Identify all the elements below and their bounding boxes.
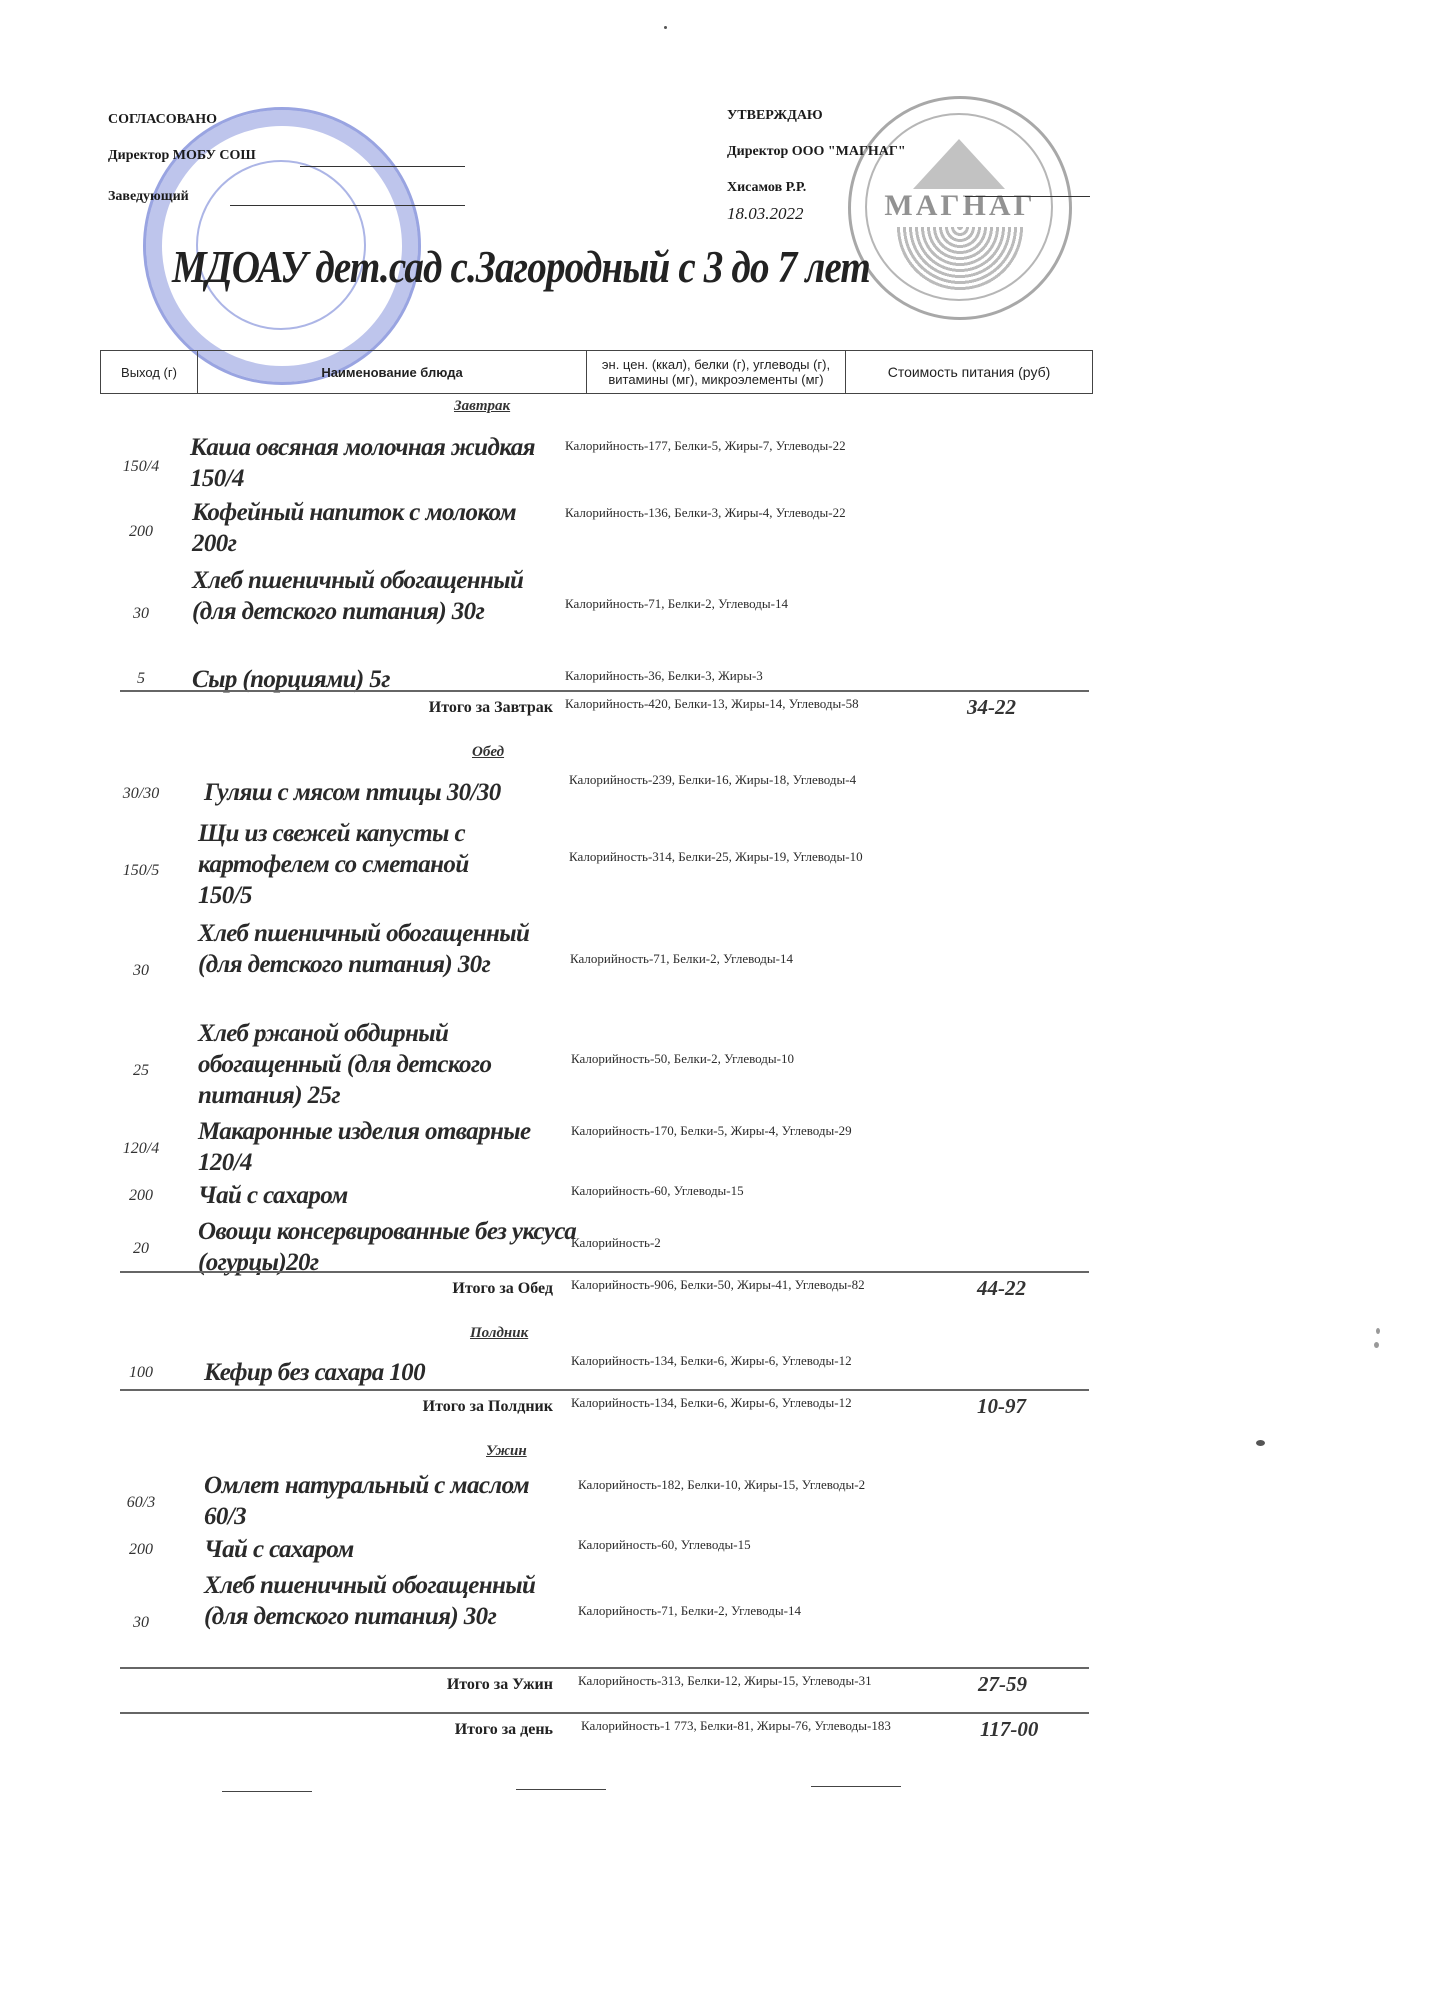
item-dish: Хлеб ржаной обдирный обогащенный (для де… (198, 1018, 568, 1111)
item-yield: 150/4 (100, 458, 182, 476)
agreed-label: СОГЛАСОВАНО (108, 112, 217, 128)
approver-signature-line (965, 196, 1090, 197)
divider (120, 1712, 1089, 1714)
item-dish: Овощи консервированные без уксуса (огурц… (198, 1216, 578, 1278)
item-nutrition: Калорийность-71, Белки-2, Углеводы-14 (565, 595, 895, 613)
stamp-fan-pattern (895, 227, 1025, 292)
menu-table-header: Выход (г) Наименование блюда эн. цен. (к… (100, 350, 1093, 394)
total-nutrition: Калорийность-906, Белки-50, Жиры-41, Угл… (571, 1276, 901, 1293)
item-nutrition: Калорийность-36, Белки-3, Жиры-3 (565, 667, 895, 685)
item-nutrition: Калорийность-2 (571, 1234, 901, 1252)
item-yield: 100 (100, 1364, 182, 1382)
col-dish: Наименование блюда (198, 351, 587, 394)
divider (120, 1271, 1089, 1273)
item-yield: 30 (100, 605, 182, 623)
total-nutrition: Калорийность-313, Белки-12, Жиры-15, Угл… (578, 1672, 908, 1689)
page-title: МДОАУ дет.сад с.Загородный с 3 до 7 лет (172, 240, 870, 293)
total-nutrition: Калорийность-134, Белки-6, Жиры-6, Углев… (571, 1394, 901, 1411)
day-total-cost: 117-00 (980, 1717, 1100, 1742)
approve-block: УТВЕРЖДАЮ Директор ООО "МАГНАГ" Хисамов … (727, 108, 1087, 228)
footer-signature-line (811, 1786, 901, 1787)
item-nutrition: Калорийность-314, Белки-25, Жиры-19, Угл… (569, 848, 899, 866)
footer-signature-line (222, 1791, 312, 1792)
item-nutrition: Калорийность-134, Белки-6, Жиры-6, Углев… (571, 1352, 901, 1370)
section-title-breakfast: Завтрак (454, 398, 510, 415)
total-label: Итого за Обед (452, 1280, 553, 1298)
item-nutrition: Калорийность-136, Белки-3, Жиры-4, Углев… (565, 504, 895, 522)
total-label: Итого за Полдник (423, 1398, 553, 1416)
item-yield: 30/30 (100, 785, 182, 803)
section-title-snack: Полдник (470, 1325, 528, 1342)
director-signature-line (300, 166, 465, 167)
total-cost: 10-97 (977, 1394, 1097, 1419)
item-dish: Макаронные изделия отварные 120/4 (198, 1116, 568, 1178)
item-dish: Кефир без сахара 100 (204, 1357, 604, 1388)
head-label: Заведующий (108, 189, 189, 205)
item-yield: 30 (100, 962, 182, 980)
item-nutrition: Калорийность-60, Углеводы-15 (571, 1182, 901, 1200)
total-cost: 27-59 (978, 1672, 1098, 1697)
item-dish: Кофейный напиток с молоком 200г (192, 497, 562, 559)
item-nutrition: Калорийность-170, Белки-5, Жиры-4, Углев… (571, 1122, 901, 1140)
item-nutrition: Калорийность-71, Белки-2, Углеводы-14 (578, 1602, 908, 1620)
item-yield: 120/4 (100, 1140, 182, 1158)
item-dish: Чай с сахаром (204, 1534, 574, 1565)
item-nutrition: Калорийность-71, Белки-2, Углеводы-14 (570, 950, 900, 968)
item-nutrition: Калорийность-60, Углеводы-15 (578, 1536, 908, 1554)
head-signature-line (230, 205, 465, 206)
item-yield: 150/5 (100, 862, 182, 880)
total-cost: 34-22 (967, 695, 1087, 720)
approval-date: 18.03.2022 (727, 204, 804, 224)
approve-label: УТВЕРЖДАЮ (727, 108, 823, 124)
item-dish: Хлеб пшеничный обогащенный (для детского… (192, 565, 562, 627)
section-title-lunch: Обед (472, 744, 504, 761)
item-dish: Каша овсяная молочная жидкая 150/4 (190, 432, 560, 494)
item-yield: 25 (100, 1062, 182, 1080)
divider (120, 1389, 1089, 1391)
item-yield: 5 (100, 670, 182, 688)
day-total-nutrition: Калорийность-1 773, Белки-81, Жиры-76, У… (581, 1717, 911, 1734)
item-nutrition: Калорийность-182, Белки-10, Жиры-15, Угл… (578, 1476, 908, 1494)
item-dish: Чай с сахаром (198, 1180, 568, 1211)
footer-signature-line (516, 1789, 606, 1790)
item-nutrition: Калорийность-50, Белки-2, Углеводы-10 (571, 1050, 901, 1068)
col-nutrition: эн. цен. (ккал), белки (г), углеводы (г)… (587, 351, 846, 394)
scan-speck (1256, 1440, 1265, 1446)
section-title-dinner: Ужин (486, 1443, 527, 1460)
item-yield: 200 (100, 1541, 182, 1559)
director-label: Директор МОБУ СОШ (108, 148, 256, 164)
total-cost: 44-22 (977, 1276, 1097, 1301)
total-label: Итого за Завтрак (429, 699, 553, 717)
total-nutrition: Калорийность-420, Белки-13, Жиры-14, Угл… (565, 695, 895, 712)
scan-speck (664, 26, 667, 29)
col-cost: Стоимость питания (руб) (846, 351, 1093, 394)
col-yield: Выход (г) (101, 351, 198, 394)
item-nutrition: Калорийность-177, Белки-5, Жиры-7, Углев… (565, 437, 895, 455)
item-dish: Щи из свежей капусты с картофелем со сме… (198, 818, 528, 911)
item-yield: 200 (100, 1187, 182, 1205)
divider (120, 690, 1089, 692)
day-total-label: Итого за день (455, 1721, 553, 1739)
divider (120, 1667, 1089, 1669)
item-yield: 200 (100, 523, 182, 541)
item-dish: Хлеб пшеничный обогащенный (для детского… (204, 1570, 574, 1632)
item-yield: 20 (100, 1240, 182, 1258)
scan-speck (1374, 1342, 1379, 1348)
total-label: Итого за Ужин (447, 1676, 553, 1694)
agreed-block: СОГЛАСОВАНО Директор МОБУ СОШ Заведующий (108, 112, 468, 212)
scan-speck (1376, 1328, 1380, 1334)
item-dish: Омлет натуральный с маслом 60/3 (204, 1470, 544, 1532)
item-dish: Хлеб пшеничный обогащенный (для детского… (198, 918, 568, 980)
item-yield: 30 (100, 1614, 182, 1632)
item-yield: 60/3 (100, 1494, 182, 1512)
item-nutrition: Калорийность-239, Белки-16, Жиры-18, Угл… (569, 771, 899, 789)
company-director-label: Директор ООО "МАГНАГ" (727, 144, 906, 160)
approver-name: Хисамов Р.Р. (727, 180, 806, 196)
